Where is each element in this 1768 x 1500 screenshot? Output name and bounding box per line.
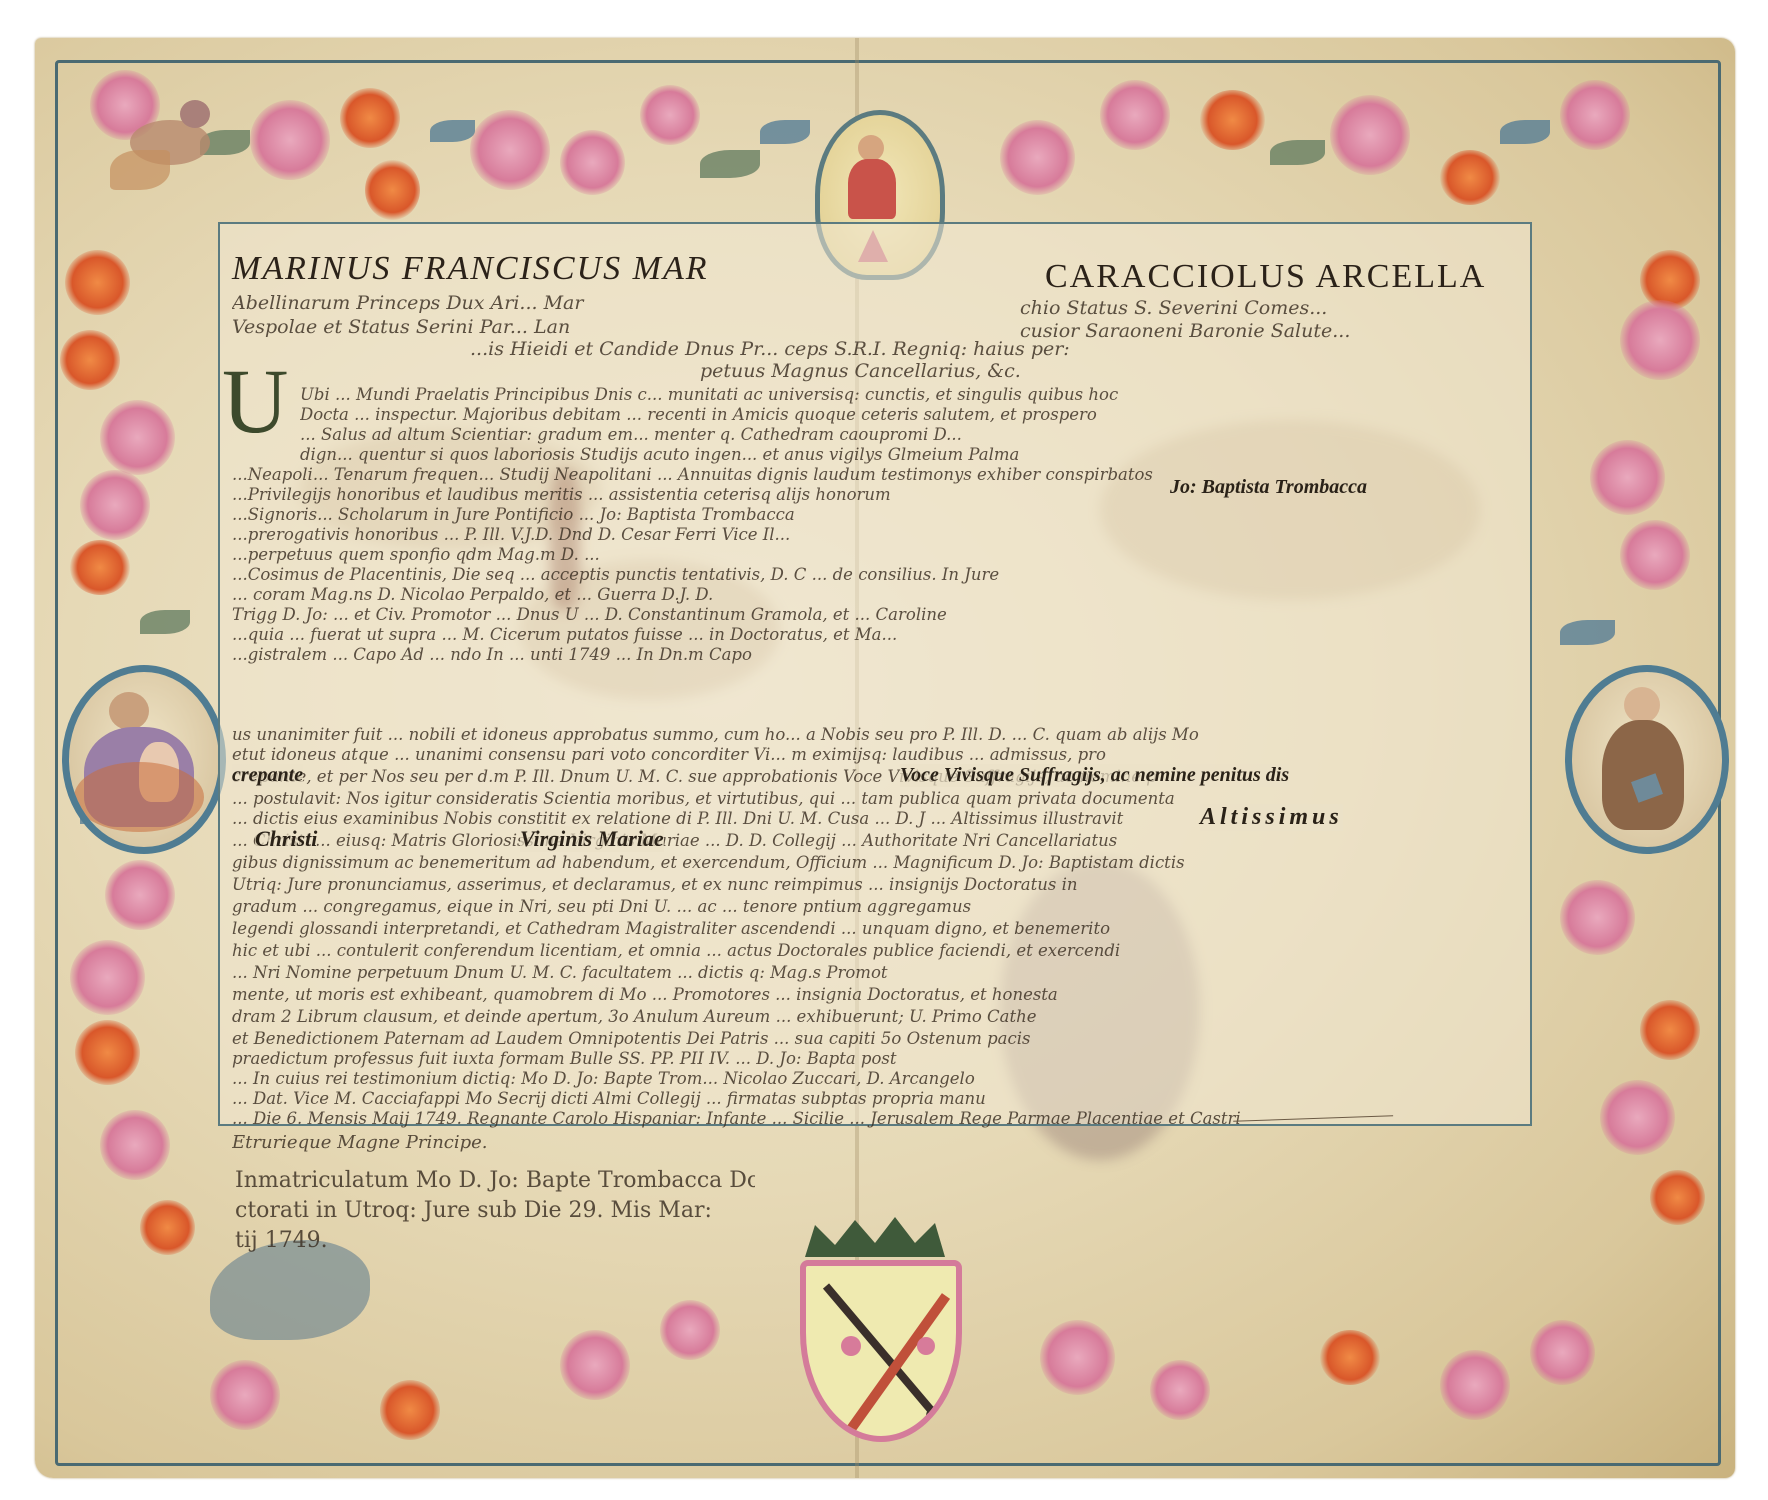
body-line: crepante, et per Nos seu per d.m P. Ill.… [232,767,1522,786]
rose-icon [1330,95,1410,175]
header-line-2-right: chio Status S. Severini Comes... [1020,297,1520,319]
body-line: dign... quentur si quos laboriosis Studi… [300,445,1520,464]
leaf-icon [140,610,190,634]
lily-icon [380,1380,440,1440]
lily-icon [140,1200,195,1255]
lily-icon [1320,1330,1380,1385]
lily-icon [70,540,130,595]
rose-icon [105,860,175,930]
body-line: Trigg D. Jo: ... et Civ. Promotor ... Dn… [232,605,1522,624]
header-line-4: ...is Hieidi et Candide Dnus Pr... ceps … [470,338,1470,360]
leaf-icon [1500,120,1550,144]
leaf-icon [1560,620,1615,645]
bird-illustration [110,90,230,200]
body-line: ... Dat. Vice M. Cacciafappi Mo Secrij d… [232,1089,1522,1108]
body-line: ...perpetuus quem sponfio qdm Mag.m D. .… [232,545,1522,564]
leaf-icon [430,120,475,142]
title-right: CARACCIOLUS ARCELLA [1045,258,1486,296]
body-line: ...Cosimus de Placentinis, Die seq ... a… [232,565,1522,584]
header-line-3-left: Vespolae et Status Serini Par... Lan [232,316,802,338]
lily-icon [1640,1000,1700,1060]
rose-icon [100,1110,170,1180]
body-line: ...prerogativis honoribus ... P. Ill. V.… [232,525,1522,544]
registration-line-1: Inmatriculatum Mo D. Jo: Bapte Trombacca… [235,1168,755,1193]
lily-icon [1200,90,1265,150]
rose-icon [660,1300,720,1360]
body-line: Docta ... inspectur. Majoribus debitam .… [300,405,1520,424]
body-line: ... Nri Nomine perpetuum Dnum U. M. C. f… [232,963,1522,982]
body-line: legendi glossandi interpretandi, et Cath… [232,919,1522,938]
body-line: gibus dignissimum ac benemeritum ad habe… [232,853,1522,872]
body-line: Ubi ... Mundi Praelatis Principibus Dnis… [300,385,1520,404]
leaf-icon [700,150,760,178]
title-left: MARINUS FRANCISCUS MAR [232,250,709,288]
body-line: ...gistralem ... Capo Ad ... ndo In ... … [232,645,1522,664]
header-line-2-left: Abellinarum Princeps Dux Ari... Mar [232,292,802,314]
saint-head [1624,687,1660,723]
rose-icon [70,940,145,1015]
body-line: gradum ... congregamus, eique in Nri, se… [232,897,1522,916]
poppy-icon [65,250,130,315]
body-line: us unanimiter fuit ... nobili et idoneus… [232,725,1522,744]
saint-head [109,692,149,730]
rose-icon [640,85,700,145]
emphasis-altissimus: Altissimus [1200,804,1343,831]
rose-icon [1040,1320,1115,1395]
body-line: dram 2 Librum clausum, et deinde apertum… [232,1007,1522,1026]
body-line: et Benedictionem Paternam ad Laudem Omni… [232,1029,1522,1048]
rose-icon [1440,1350,1510,1420]
body-line: ...quia ... fuerat ut supra ... M. Cicer… [232,625,1522,644]
body-line: ... Salus ad altum Scientiar: gradum em.… [300,425,1520,444]
rose-icon [210,1360,280,1430]
emphasis-voce-vivisque: Voce Vivisque Suffragijs, ac nemine peni… [900,764,1289,787]
rose-icon [1600,1080,1675,1155]
leaf-icon [760,120,810,144]
illuminated-initial: U [222,348,288,454]
rose-icon [1100,80,1170,150]
poppy-icon [1650,1170,1705,1225]
shield-charges [806,1266,956,1436]
crown-icon [805,1215,945,1257]
rose-icon [470,110,550,190]
friar-habit [1602,720,1684,830]
rose-icon [80,470,150,540]
body-line: ... Christi ... eiusq: Matris Gloriosiss… [232,831,1522,850]
header-line-5: petuus Magnus Cancellarius, &c. [700,360,1400,382]
registration-line-2: ctorati in Utroq: Jure sub Die 29. Mis M… [235,1198,755,1223]
lily-icon [60,330,120,390]
rose-icon [560,1330,630,1400]
rose-icon [1590,440,1665,515]
body-line: Utriq: Jure pronunciamus, asserimus, et … [232,875,1522,894]
rose-icon [560,130,625,195]
lily-icon [340,88,400,148]
body-line: ... In cuius rei testimonium dictiq: Mo … [232,1069,1522,1088]
registration-line-3: tij 1749. [235,1228,755,1253]
medallion-franciscan-saint [1565,665,1729,854]
emphasis-crepante: crepante [232,764,303,787]
rose-icon [100,400,175,475]
rose-icon [1530,1320,1595,1385]
leaf-icon [1270,140,1325,165]
rose-icon [250,100,330,180]
rose-icon [1620,300,1700,380]
body-line: praedictum professus fuit iuxta formam B… [232,1049,1522,1068]
body-line: etut idoneus atque ... unanimi consensu … [232,745,1522,764]
rose-icon [1150,1360,1210,1420]
body-line: ... coram Mag.ns D. Nicolao Perpaldo, et… [232,585,1522,604]
lily-icon [365,160,420,220]
coat-of-arms [770,1215,980,1445]
rose-icon [1560,80,1630,150]
body-line: mente, ut moris est exhibeant, quamobrem… [232,985,1522,1004]
medallion-saint-joseph [62,665,226,854]
emphasis-virginis-mariae: Virginis Mariae [520,826,664,852]
body-line: ...Signoris... Scholarum in Jure Pontifi… [232,505,1522,524]
emphasis-christi: Christi [255,826,317,852]
rose-icon [1560,880,1635,955]
rose-icon [1620,520,1690,590]
rose-icon [1000,120,1075,195]
body-line: hic et ubi ... contulerit conferendum li… [232,941,1522,960]
body-line-closing: Etrurieque Magne Principe. [232,1132,832,1153]
lily-icon [75,1020,140,1085]
emphasis-trombacca: Jo: Baptista Trombacca [1170,476,1367,499]
lily-icon [1440,150,1500,205]
shield [800,1260,962,1442]
